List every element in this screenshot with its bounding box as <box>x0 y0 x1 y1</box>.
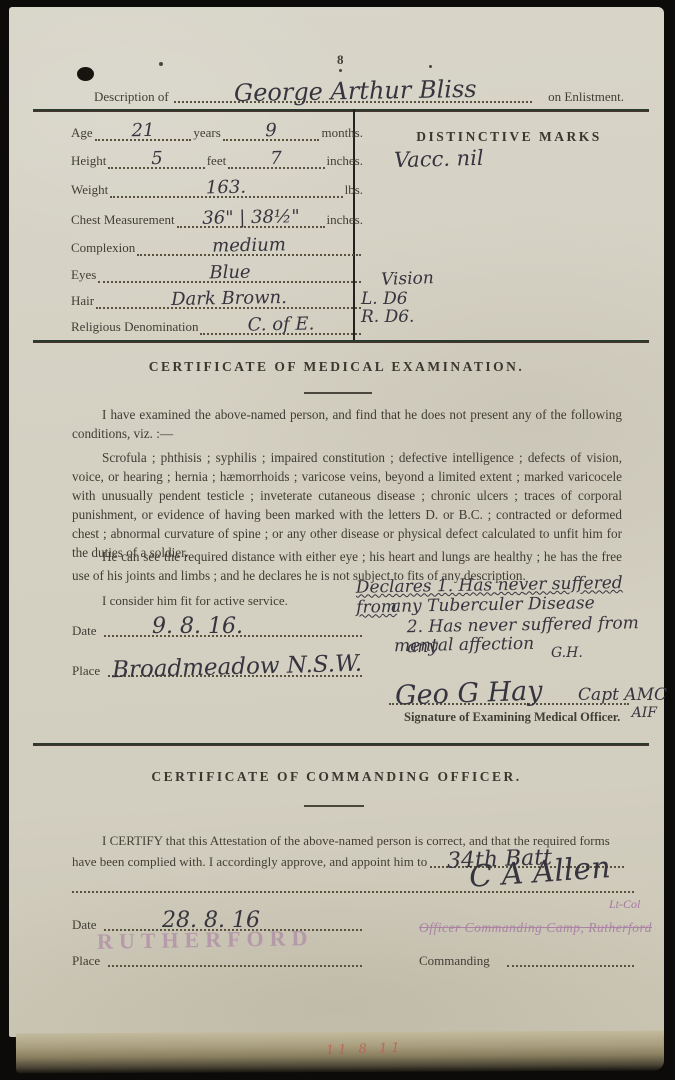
commanding-cert-title: CERTIFICATE OF COMMANDING OFFICER. <box>9 769 664 785</box>
description-header: Description of George Arthur Bliss on En… <box>94 73 624 107</box>
field-unit: inches. <box>327 212 363 228</box>
place-label: Place <box>72 663 100 679</box>
distinctive-marks-title: DISTINCTIVE MARKS <box>369 129 649 145</box>
field-dotted-line: 21 <box>95 135 192 141</box>
medical-place-row: Place Broadmeadow N.S.W. <box>72 649 362 679</box>
field-label: Eyes <box>71 267 96 283</box>
field-value: 7 <box>270 150 282 168</box>
field-unit: months. <box>321 125 363 141</box>
field-dotted-line: medium <box>137 250 361 256</box>
section-divider-rule <box>33 743 649 746</box>
field-chest: Chest Measurement 36" | 38½" inches. <box>71 212 363 228</box>
date-label: Date <box>72 917 97 933</box>
field-unit: lbs. <box>345 182 363 198</box>
field-dotted-line: Dark Brown. <box>96 303 361 309</box>
field-religion: Religious Denomination C. of E. <box>71 319 363 335</box>
field-value: 5 <box>151 150 163 168</box>
field-dotted-line: 36" | 38½" <box>177 222 325 228</box>
field-label: Chest Measurement <box>71 212 175 228</box>
declares-initials: G.H. <box>551 645 583 661</box>
vision-label: Vision <box>381 268 434 290</box>
medical-date-value: 9. 8. 16. <box>152 614 243 639</box>
medical-officer-unit: AIF <box>632 705 657 721</box>
vision-right: R. D6. <box>361 307 414 327</box>
vision-left: L. D6 <box>361 289 408 309</box>
field-dotted-line: 7 <box>228 163 324 169</box>
field-unit: years <box>193 125 220 141</box>
field-age: Age 21 years 9 months. <box>71 125 363 141</box>
commanding-cert-rule <box>304 805 364 807</box>
fit-for-service-line: I consider him fit for active service. <box>102 593 288 609</box>
medical-cert-title: CERTIFICATE OF MEDICAL EXAMINATION. <box>9 359 664 375</box>
co-rank-stamp: Lt-Col <box>609 897 640 912</box>
field-dotted-line: 9 <box>223 135 320 141</box>
field-label: Complexion <box>71 240 135 256</box>
declares-line2: any Tuberculer Disease <box>391 593 595 617</box>
certify-paragraph-line2: have been complied with. I accordingly a… <box>72 854 427 870</box>
field-hair: Hair Dark Brown. <box>71 293 363 309</box>
medical-conditions-paragraph: Scrofula ; phthisis ; syphilis ; impaire… <box>72 448 622 562</box>
field-value: 21 <box>131 122 154 140</box>
field-label: Religious Denomination <box>71 319 198 335</box>
field-unit: feet <box>207 153 226 169</box>
field-value: 163. <box>206 179 246 198</box>
field-label: Age <box>71 125 93 141</box>
edge-red-marks: 11 8 11 <box>326 1040 404 1058</box>
commanding-dotted-line <box>507 965 634 967</box>
table-top-rule <box>33 109 649 112</box>
field-dotted-line: 163. <box>110 192 342 198</box>
field-dotted-line: 5 <box>108 163 204 169</box>
field-dotted-line: C. of E. <box>200 329 361 335</box>
page-number: 8 <box>337 52 344 68</box>
medical-intro-paragraph: I have examined the above-named person, … <box>72 405 622 443</box>
declares-line4: mental affection <box>394 634 534 656</box>
enlistment-label: on Enlistment. <box>548 89 624 105</box>
medical-officer-rank: Capt AMC <box>578 685 667 705</box>
field-dotted-line: Blue <box>98 277 361 283</box>
place-dotted-line <box>108 965 362 967</box>
field-value: Blue <box>209 264 251 283</box>
medical-cert-rule <box>304 392 372 394</box>
punch-hole <box>77 67 94 81</box>
medical-signature-block: Geo G Hay Capt AMC AIF <box>389 665 639 707</box>
officer-commanding-stamp: Officer Commanding Camp, Rutherford <box>419 920 652 936</box>
description-label: Description of <box>94 89 169 105</box>
field-height: Height 5 feet 7 inches. <box>71 153 363 169</box>
medical-place-value: Broadmeadow N.S.W. <box>112 651 363 684</box>
date-label: Date <box>72 623 97 639</box>
ink-speck <box>429 65 432 68</box>
field-complexion: Complexion medium <box>71 240 363 256</box>
field-eyes: Eyes Blue <box>71 267 363 283</box>
recruit-name: George Arthur Bliss <box>234 75 477 107</box>
table-bottom-rule <box>33 340 649 343</box>
field-label: Height <box>71 153 106 169</box>
photo-backdrop: 8 Description of George Arthur Bliss on … <box>0 0 675 1080</box>
document-page: 8 Description of George Arthur Bliss on … <box>9 7 664 1037</box>
field-value: 9 <box>265 122 277 140</box>
co-signature-dotted-line <box>72 891 634 893</box>
medical-date-row: Date 9. 8. 16. <box>72 615 362 639</box>
field-value: C. of E. <box>247 315 314 334</box>
place-label: Place <box>72 953 100 969</box>
commanding-label: Commanding <box>419 953 490 969</box>
field-label: Hair <box>71 293 94 309</box>
field-weight: Weight 163. lbs. <box>71 182 363 198</box>
field-value: medium <box>212 236 286 255</box>
medical-signature-label: Signature of Examining Medical Officer. <box>404 710 620 725</box>
ink-speck <box>339 69 342 72</box>
ink-speck <box>159 62 163 66</box>
commanding-row: Commanding <box>419 945 634 969</box>
field-value: Dark Brown. <box>171 289 287 309</box>
field-value: 36" | 38½" <box>202 208 300 228</box>
book-page-edges: 11 8 11 <box>16 1031 664 1074</box>
medical-officer-signature: Geo G Hay <box>395 675 543 711</box>
field-label: Weight <box>71 182 108 198</box>
distinctive-marks-entry: Vacc. nil <box>394 146 484 172</box>
field-unit: inches. <box>327 153 363 169</box>
co-place-row: Place <box>72 945 362 969</box>
